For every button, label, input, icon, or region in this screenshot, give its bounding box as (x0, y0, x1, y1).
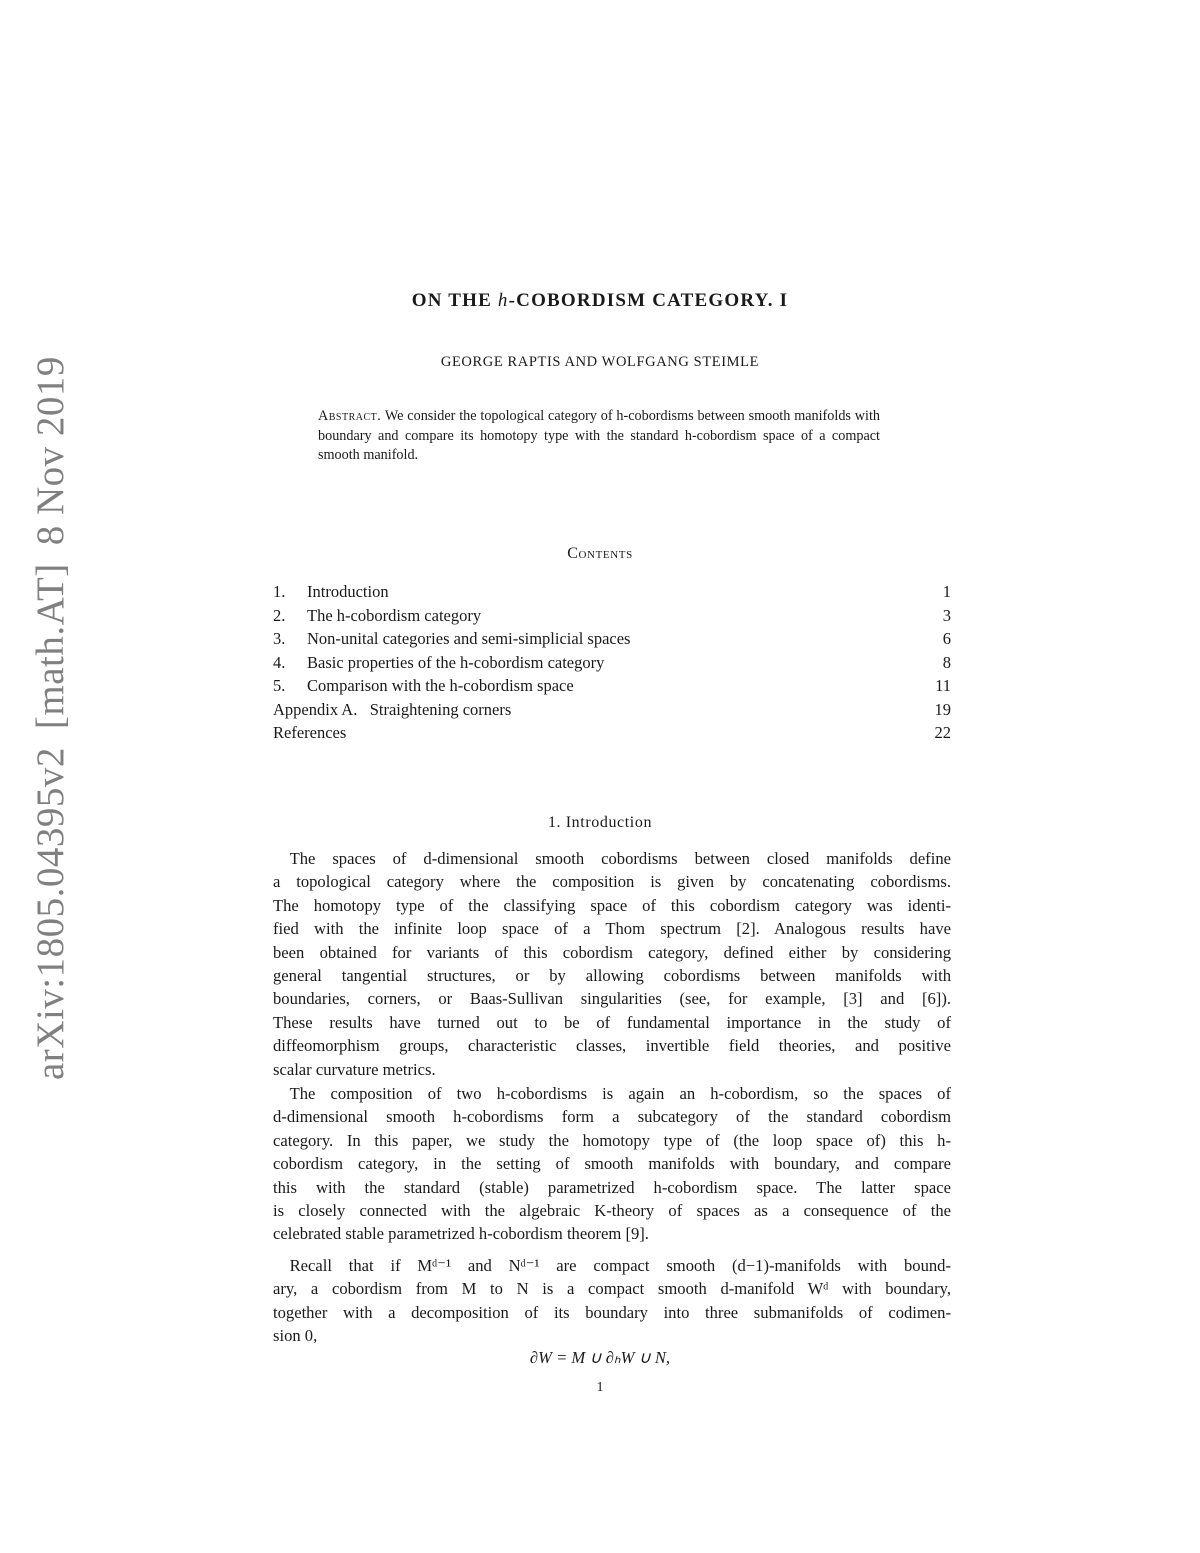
text-line: celebrated stable parametrized h-cobordi… (273, 1222, 951, 1245)
toc-entry[interactable]: References22 (273, 721, 951, 745)
abstract-label: Abstract. (318, 408, 381, 424)
text-line: category. In this paper, we study the ho… (273, 1129, 951, 1152)
arxiv-stamp: arXiv:1805.04395v2[math.AT]8 Nov 2019 (28, 338, 73, 1080)
text-line: The spaces of d-dimensional smooth cobor… (273, 847, 951, 870)
text-line: These results have turned out to be of f… (273, 1011, 951, 1034)
toc-label: The h-cobordism category (307, 604, 911, 628)
text-line: boundaries, corners, or Baas-Sullivan si… (273, 987, 951, 1010)
text-line: sion 0, (273, 1324, 951, 1347)
toc-label: Non-unital categories and semi-simplicia… (307, 627, 911, 651)
title-suffix: -COBORDISM CATEGORY. I (509, 290, 789, 311)
table-of-contents: 1.Introduction1 2.The h-cobordism catego… (273, 580, 951, 745)
text-line: scalar curvature metrics. (273, 1058, 951, 1081)
toc-page: 1 (911, 580, 951, 604)
text-line: this with the standard (stable) parametr… (273, 1176, 951, 1199)
toc-entry[interactable]: 2.The h-cobordism category3 (273, 604, 951, 628)
text-line: is closely connected with the algebraic … (273, 1199, 951, 1222)
toc-entry[interactable]: 1.Introduction1 (273, 580, 951, 604)
toc-entry[interactable]: 4.Basic properties of the h-cobordism ca… (273, 651, 951, 675)
arxiv-category: [math.AT] (29, 563, 72, 729)
text-line: Recall that if Mᵈ⁻¹ and Nᵈ⁻¹ are compact… (273, 1254, 951, 1277)
text-line: fied with the infinite loop space of a T… (273, 917, 951, 940)
toc-label: References (273, 721, 911, 745)
arxiv-date: 8 Nov 2019 (29, 356, 72, 545)
toc-label: Introduction (307, 580, 911, 604)
toc-number: 5. (273, 674, 307, 698)
title-prefix: ON THE (412, 290, 498, 311)
text-line: The composition of two h-cobordisms is a… (273, 1082, 951, 1105)
toc-page: 8 (911, 651, 951, 675)
abstract-text: We consider the topological category of … (318, 408, 880, 463)
intro-paragraph-2: The composition of two h-cobordisms is a… (273, 1082, 951, 1246)
authors: GEORGE RAPTIS AND WOLFGANG STEIMLE (0, 354, 1200, 371)
toc-entry[interactable]: Appendix A. Straightening corners19 (273, 698, 951, 722)
contents-heading: Contents (0, 545, 1200, 563)
paper-title: ON THE h-COBORDISM CATEGORY. I (0, 290, 1200, 312)
toc-number: 3. (273, 627, 307, 651)
text-line: d-dimensional smooth h-cobordisms form a… (273, 1105, 951, 1128)
text-line: ary, a cobordism from M to N is a compac… (273, 1277, 951, 1300)
page-number: 1 (0, 1380, 1200, 1396)
intro-paragraph-3: Recall that if Mᵈ⁻¹ and Nᵈ⁻¹ are compact… (273, 1254, 951, 1348)
toc-number: 4. (273, 651, 307, 675)
text-line: together with a decomposition of its bou… (273, 1301, 951, 1324)
toc-label: Basic properties of the h-cobordism cate… (307, 651, 911, 675)
section-heading-introduction: 1. Introduction (0, 814, 1200, 832)
toc-page: 3 (911, 604, 951, 628)
text-line: a topological category where the composi… (273, 870, 951, 893)
toc-page: 6 (911, 627, 951, 651)
toc-page: 11 (911, 674, 951, 698)
text-line: The homotopy type of the classifying spa… (273, 894, 951, 917)
toc-number: 2. (273, 604, 307, 628)
text-line: been obtained for variants of this cobor… (273, 941, 951, 964)
text-line: cobordism category, in the setting of sm… (273, 1152, 951, 1175)
toc-number: 1. (273, 580, 307, 604)
toc-page: 19 (911, 698, 951, 722)
boundary-equation: ∂W = M ∪ ∂ₕW ∪ N, (0, 1348, 1200, 1368)
intro-paragraph-1: The spaces of d-dimensional smooth cobor… (273, 847, 951, 1081)
arxiv-id: arXiv:1805.04395v2 (29, 747, 72, 1080)
text-line: diffeomorphism groups, characteristic cl… (273, 1034, 951, 1057)
toc-label: Comparison with the h-cobordism space (307, 674, 911, 698)
abstract: Abstract. We consider the topological ca… (318, 407, 880, 466)
title-italic: h (498, 290, 509, 311)
text-line: general tangential structures, or by all… (273, 964, 951, 987)
toc-label: Appendix A. Straightening corners (273, 698, 911, 722)
toc-entry[interactable]: 5.Comparison with the h-cobordism space1… (273, 674, 951, 698)
toc-page: 22 (911, 721, 951, 745)
toc-entry[interactable]: 3.Non-unital categories and semi-simplic… (273, 627, 951, 651)
